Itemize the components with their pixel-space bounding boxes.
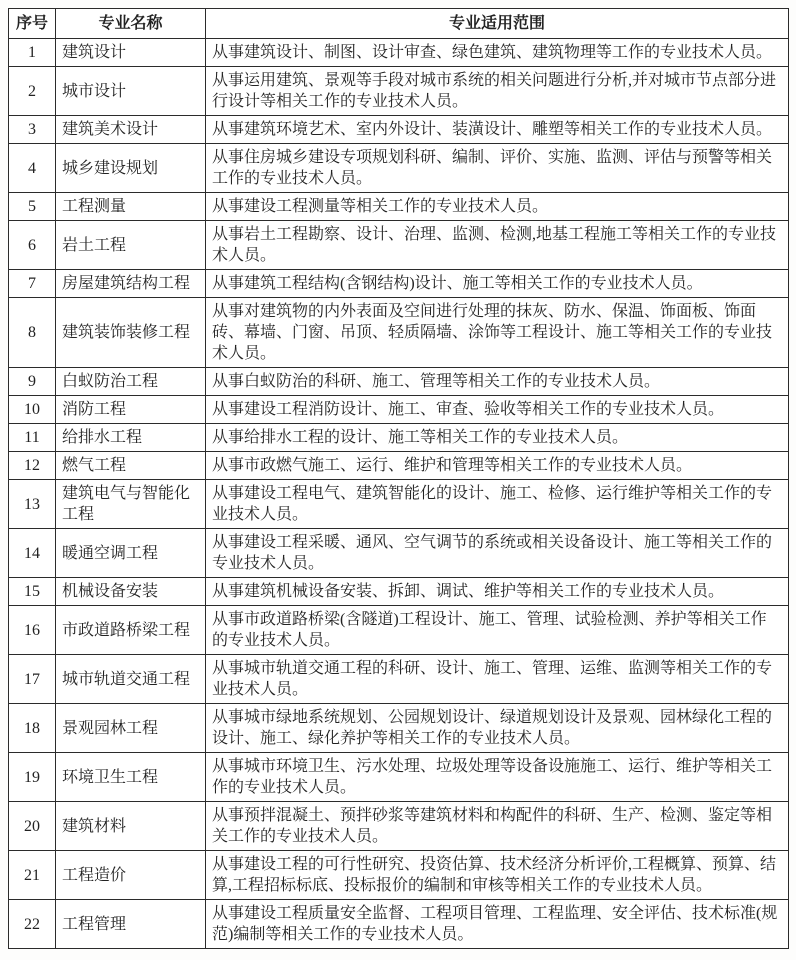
specialty-name-cell: 工程造价 — [56, 851, 206, 900]
table-row: 22工程管理从事建设工程质量安全监督、工程项目管理、工程监理、安全评估、技术标准… — [9, 900, 789, 949]
row-number-cell: 22 — [9, 900, 56, 949]
specialty-name-cell: 城市设计 — [56, 67, 206, 116]
applicable-scope-cell: 从事建筑设计、制图、设计审查、绿色建筑、建筑物理等工作的专业技术人员。 — [206, 39, 789, 67]
row-number-cell: 16 — [9, 606, 56, 655]
table-row: 3建筑美术设计从事建筑环境艺术、室内外设计、装潢设计、雕塑等相关工作的专业技术人… — [9, 116, 789, 144]
table-row: 12燃气工程从事市政燃气施工、运行、维护和管理等相关工作的专业技术人员。 — [9, 452, 789, 480]
specialty-name-cell: 环境卫生工程 — [56, 753, 206, 802]
applicable-scope-cell: 从事白蚁防治的科研、施工、管理等相关工作的专业技术人员。 — [206, 368, 789, 396]
row-number-cell: 12 — [9, 452, 56, 480]
specialty-name-cell: 机械设备安装 — [56, 578, 206, 606]
table-row: 10消防工程从事建设工程消防设计、施工、审查、验收等相关工作的专业技术人员。 — [9, 396, 789, 424]
applicable-scope-cell: 从事建设工程采暖、通风、空气调节的系统或相关设备设计、施工等相关工作的专业技术人… — [206, 529, 789, 578]
table-row: 7房屋建筑结构工程从事建筑工程结构(含钢结构)设计、施工等相关工作的专业技术人员… — [9, 270, 789, 298]
specialty-name-cell: 市政道路桥梁工程 — [56, 606, 206, 655]
applicable-scope-cell: 从事给排水工程的设计、施工等相关工作的专业技术人员。 — [206, 424, 789, 452]
row-number-cell: 1 — [9, 39, 56, 67]
row-number-cell: 10 — [9, 396, 56, 424]
table-row: 6岩土工程从事岩土工程勘察、设计、治理、监测、检测,地基工程施工等相关工作的专业… — [9, 221, 789, 270]
table-row: 17城市轨道交通工程从事城市轨道交通工程的科研、设计、施工、管理、运维、监测等相… — [9, 655, 789, 704]
specialty-name-cell: 建筑材料 — [56, 802, 206, 851]
specialty-name-cell: 城乡建设规划 — [56, 144, 206, 193]
table-row: 13建筑电气与智能化工程从事建设工程电气、建筑智能化的设计、施工、检修、运行维护… — [9, 480, 789, 529]
specialty-name-cell: 建筑设计 — [56, 39, 206, 67]
row-number-cell: 8 — [9, 298, 56, 368]
applicable-scope-cell: 从事运用建筑、景观等手段对城市系统的相关问题进行分析,并对城市节点部分进行设计等… — [206, 67, 789, 116]
specialty-name-cell: 建筑美术设计 — [56, 116, 206, 144]
header-cell-scope: 专业适用范围 — [206, 9, 789, 39]
row-number-cell: 9 — [9, 368, 56, 396]
specialty-name-cell: 房屋建筑结构工程 — [56, 270, 206, 298]
header-cell-number: 序号 — [9, 9, 56, 39]
specialty-name-cell: 城市轨道交通工程 — [56, 655, 206, 704]
applicable-scope-cell: 从事住房城乡建设专项规划科研、编制、评价、实施、监测、评估与预警等相关工作的专业… — [206, 144, 789, 193]
row-number-cell: 18 — [9, 704, 56, 753]
row-number-cell: 11 — [9, 424, 56, 452]
specialty-name-cell: 给排水工程 — [56, 424, 206, 452]
table-row: 20建筑材料从事预拌混凝土、预拌砂浆等建筑材料和构配件的科研、生产、检测、鉴定等… — [9, 802, 789, 851]
specialty-scope-table: 序号 专业名称 专业适用范围 1建筑设计从事建筑设计、制图、设计审查、绿色建筑、… — [8, 8, 789, 949]
specialty-name-cell: 工程测量 — [56, 193, 206, 221]
header-cell-name: 专业名称 — [56, 9, 206, 39]
table-row: 11给排水工程从事给排水工程的设计、施工等相关工作的专业技术人员。 — [9, 424, 789, 452]
row-number-cell: 6 — [9, 221, 56, 270]
specialty-name-cell: 建筑装饰装修工程 — [56, 298, 206, 368]
applicable-scope-cell: 从事岩土工程勘察、设计、治理、监测、检测,地基工程施工等相关工作的专业技术人员。 — [206, 221, 789, 270]
applicable-scope-cell: 从事城市环境卫生、污水处理、垃圾处理等设备设施施工、运行、维护等相关工作的专业技… — [206, 753, 789, 802]
applicable-scope-cell: 从事建设工程消防设计、施工、审查、验收等相关工作的专业技术人员。 — [206, 396, 789, 424]
applicable-scope-cell: 从事建筑工程结构(含钢结构)设计、施工等相关工作的专业技术人员。 — [206, 270, 789, 298]
specialty-name-cell: 工程管理 — [56, 900, 206, 949]
applicable-scope-cell: 从事建设工程的可行性研究、投资估算、技术经济分析评价,工程概算、预算、结算,工程… — [206, 851, 789, 900]
row-number-cell: 7 — [9, 270, 56, 298]
row-number-cell: 17 — [9, 655, 56, 704]
table-row: 1建筑设计从事建筑设计、制图、设计审查、绿色建筑、建筑物理等工作的专业技术人员。 — [9, 39, 789, 67]
specialty-name-cell: 岩土工程 — [56, 221, 206, 270]
table-row: 19环境卫生工程从事城市环境卫生、污水处理、垃圾处理等设备设施施工、运行、维护等… — [9, 753, 789, 802]
row-number-cell: 5 — [9, 193, 56, 221]
table-row: 15机械设备安装从事建筑机械设备安装、拆卸、调试、维护等相关工作的专业技术人员。 — [9, 578, 789, 606]
row-number-cell: 20 — [9, 802, 56, 851]
table-row: 2城市设计从事运用建筑、景观等手段对城市系统的相关问题进行分析,并对城市节点部分… — [9, 67, 789, 116]
applicable-scope-cell: 从事城市绿地系统规划、公园规划设计、绿道规划设计及景观、园林绿化工程的设计、施工… — [206, 704, 789, 753]
specialty-name-cell: 白蚁防治工程 — [56, 368, 206, 396]
table-row: 14暖通空调工程从事建设工程采暖、通风、空气调节的系统或相关设备设计、施工等相关… — [9, 529, 789, 578]
table-row: 8建筑装饰装修工程从事对建筑物的内外表面及空间进行处理的抹灰、防水、保温、饰面板… — [9, 298, 789, 368]
table-row: 18景观园林工程从事城市绿地系统规划、公园规划设计、绿道规划设计及景观、园林绿化… — [9, 704, 789, 753]
row-number-cell: 4 — [9, 144, 56, 193]
applicable-scope-cell: 从事建设工程质量安全监督、工程项目管理、工程监理、安全评估、技术标准(规范)编制… — [206, 900, 789, 949]
table-row: 5工程测量从事建设工程测量等相关工作的专业技术人员。 — [9, 193, 789, 221]
row-number-cell: 13 — [9, 480, 56, 529]
applicable-scope-cell: 从事预拌混凝土、预拌砂浆等建筑材料和构配件的科研、生产、检测、鉴定等相关工作的专… — [206, 802, 789, 851]
applicable-scope-cell: 从事市政道路桥梁(含隧道)工程设计、施工、管理、试验检测、养护等相关工作的专业技… — [206, 606, 789, 655]
table-header-row: 序号 专业名称 专业适用范围 — [9, 9, 789, 39]
specialty-name-cell: 暖通空调工程 — [56, 529, 206, 578]
applicable-scope-cell: 从事建筑环境艺术、室内外设计、装潢设计、雕塑等相关工作的专业技术人员。 — [206, 116, 789, 144]
row-number-cell: 15 — [9, 578, 56, 606]
document-page: 序号 专业名称 专业适用范围 1建筑设计从事建筑设计、制图、设计审查、绿色建筑、… — [0, 0, 796, 960]
applicable-scope-cell: 从事对建筑物的内外表面及空间进行处理的抹灰、防水、保温、饰面板、饰面砖、幕墙、门… — [206, 298, 789, 368]
applicable-scope-cell: 从事市政燃气施工、运行、维护和管理等相关工作的专业技术人员。 — [206, 452, 789, 480]
row-number-cell: 19 — [9, 753, 56, 802]
table-row: 9白蚁防治工程从事白蚁防治的科研、施工、管理等相关工作的专业技术人员。 — [9, 368, 789, 396]
table-row: 21工程造价从事建设工程的可行性研究、投资估算、技术经济分析评价,工程概算、预算… — [9, 851, 789, 900]
specialty-name-cell: 景观园林工程 — [56, 704, 206, 753]
table-row: 16市政道路桥梁工程从事市政道路桥梁(含隧道)工程设计、施工、管理、试验检测、养… — [9, 606, 789, 655]
table-row: 4城乡建设规划从事住房城乡建设专项规划科研、编制、评价、实施、监测、评估与预警等… — [9, 144, 789, 193]
row-number-cell: 14 — [9, 529, 56, 578]
applicable-scope-cell: 从事建设工程测量等相关工作的专业技术人员。 — [206, 193, 789, 221]
specialty-name-cell: 燃气工程 — [56, 452, 206, 480]
row-number-cell: 2 — [9, 67, 56, 116]
applicable-scope-cell: 从事城市轨道交通工程的科研、设计、施工、管理、运维、监测等相关工作的专业技术人员… — [206, 655, 789, 704]
specialty-name-cell: 建筑电气与智能化工程 — [56, 480, 206, 529]
applicable-scope-cell: 从事建设工程电气、建筑智能化的设计、施工、检修、运行维护等相关工作的专业技术人员… — [206, 480, 789, 529]
specialty-name-cell: 消防工程 — [56, 396, 206, 424]
applicable-scope-cell: 从事建筑机械设备安装、拆卸、调试、维护等相关工作的专业技术人员。 — [206, 578, 789, 606]
row-number-cell: 3 — [9, 116, 56, 144]
table-body: 1建筑设计从事建筑设计、制图、设计审查、绿色建筑、建筑物理等工作的专业技术人员。… — [9, 39, 789, 949]
row-number-cell: 21 — [9, 851, 56, 900]
